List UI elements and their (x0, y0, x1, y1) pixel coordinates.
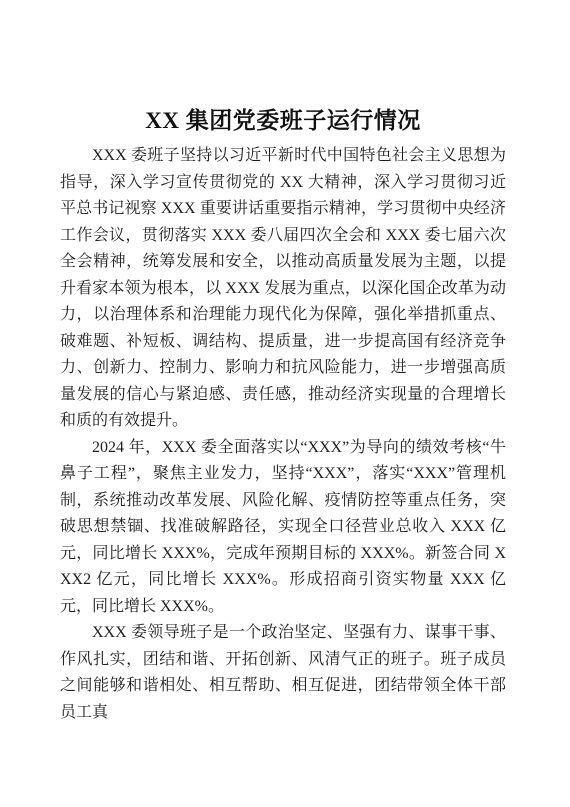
document-page: XX 集团党委班子运行情况 XXX 委班子坚持以习近平新时代中国特色社会主义思想… (0, 0, 570, 807)
document-paragraph-2: 2024 年，XXX 委全面落实以“XXX”为导向的绩效考核“牛鼻子工程”，聚焦… (60, 435, 506, 621)
document-title: XX 集团党委班子运行情况 (60, 104, 506, 137)
document-paragraph-1: XXX 委班子坚持以习近平新时代中国特色社会主义思想为指导，深入学习宣传贯彻党的… (60, 143, 506, 435)
document-paragraph-3: XXX 委领导班子是一个政治坚定、坚强有力、谋事干事、作风扎实，团结和谐、开拓创… (60, 620, 506, 726)
